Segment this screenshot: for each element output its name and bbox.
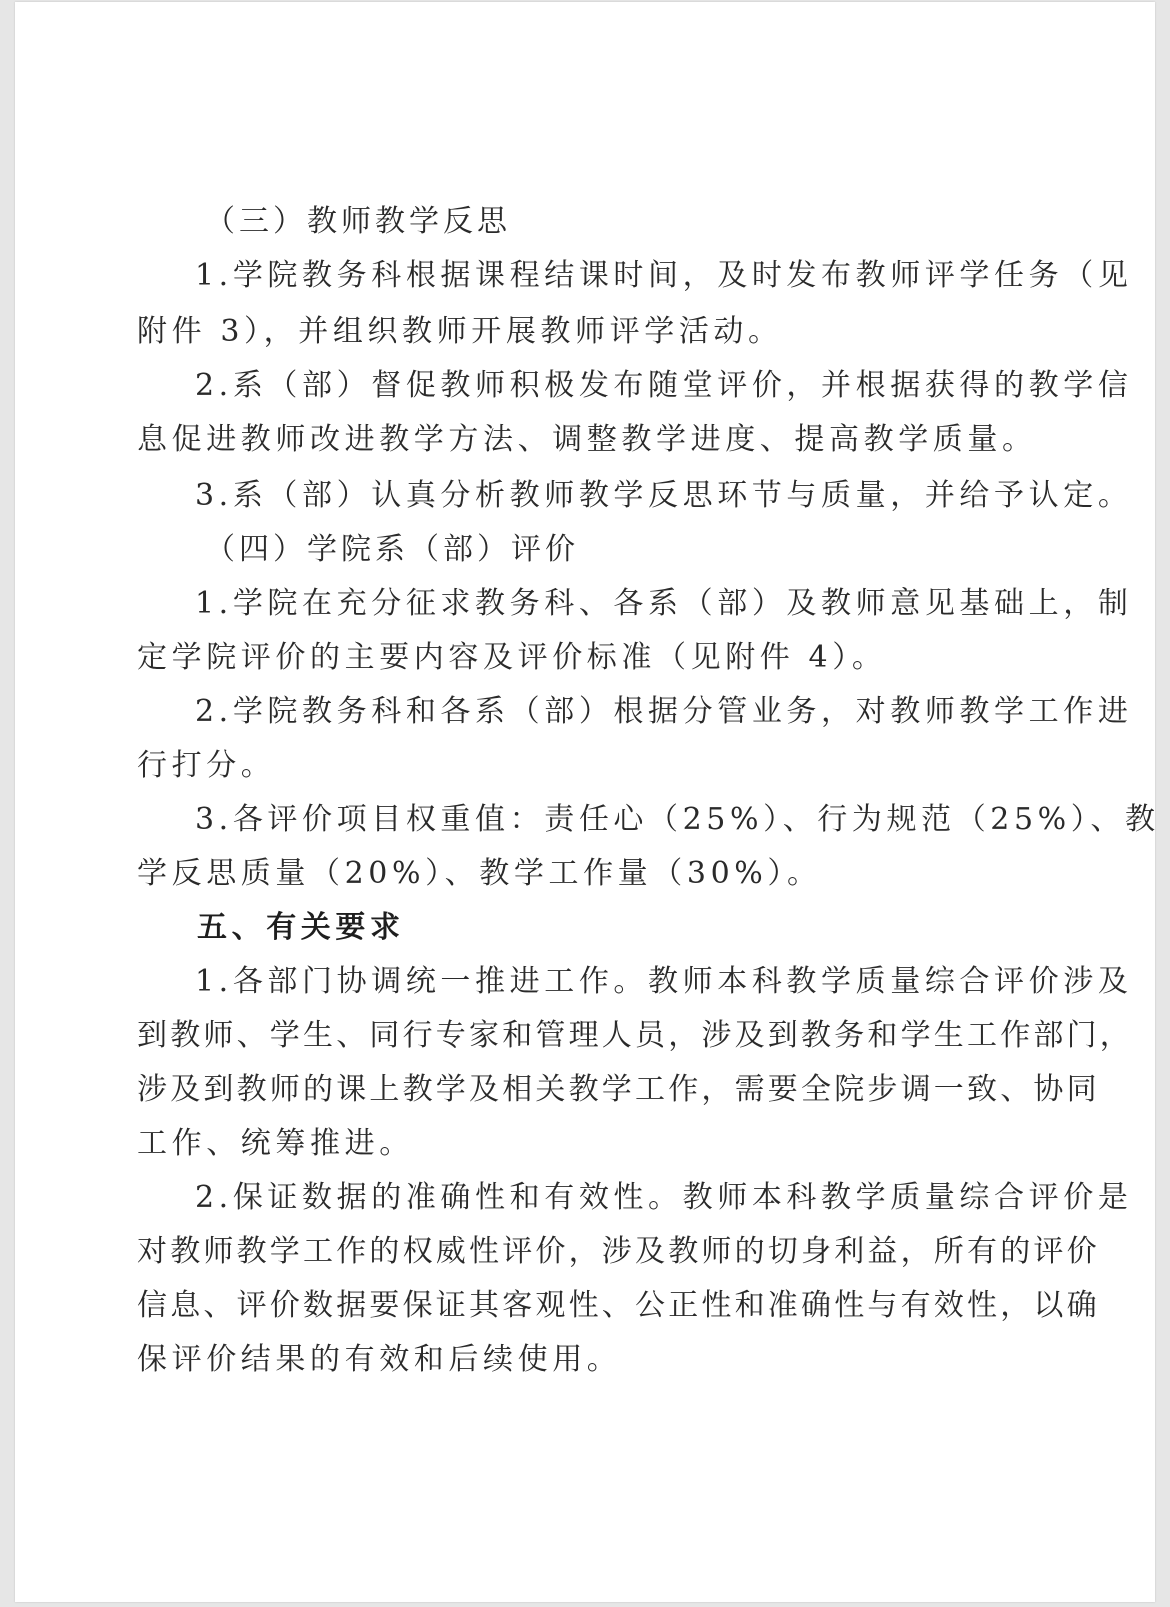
section-heading-college-department-evaluation: （四）学院系（部）评价: [205, 530, 579, 570]
paragraph-line: 涉及到教师的课上教学及相关教学工作，需要全院步调一致、协同: [137, 1070, 1100, 1110]
paragraph-line: 到教师、学生、同行专家和管理人员，涉及到教务和学生工作部门，: [137, 1016, 1133, 1056]
paragraph-line: 定学院评价的主要内容及评价标准（见附件 4）。: [137, 638, 886, 678]
section-heading-teacher-reflection: （三）教师教学反思: [205, 202, 511, 242]
paragraph-line: 学反思质量（20%）、教学工作量（30%）。: [137, 854, 822, 894]
paragraph-line: 2.保证数据的准确性和有效性。教师本科教学质量综合评价是: [195, 1178, 1132, 1218]
paragraph-line: 信息、评价数据要保证其客观性、公正性和准确性与有效性，以确: [137, 1286, 1100, 1326]
paragraph-line: 2.系（部）督促教师积极发布随堂评价，并根据获得的教学信: [195, 366, 1132, 406]
paragraph-line: 1.学院在充分征求教务科、各系（部）及教师意见基础上，制: [195, 584, 1132, 624]
paragraph-line: 附件 3），并组织教师开展教师评学活动。: [137, 312, 783, 352]
paragraph-line: 3.系（部）认真分析教师教学反思环节与质量，并给予认定。: [195, 476, 1132, 516]
paragraph-line: 工作、统筹推进。: [137, 1124, 414, 1164]
paragraph-line: 对教师教学工作的权威性评价，涉及教师的切身利益，所有的评价: [137, 1232, 1100, 1272]
paragraph-line: 3.各评价项目权重值：责任心（25%）、行为规范（25%）、教: [195, 800, 1160, 840]
paragraph-line: 2.学院教务科和各系（部）根据分管业务，对教师教学工作进: [195, 692, 1132, 732]
paragraph-line: 息促进教师改进教学方法、调整教学进度、提高教学质量。: [137, 420, 1037, 460]
document-page: （三）教师教学反思 1.学院教务科根据课程结课时间，及时发布教师评学任务（见 附…: [15, 2, 1155, 1602]
paragraph-line: 1.学院教务科根据课程结课时间，及时发布教师评学任务（见: [195, 256, 1132, 296]
paragraph-line: 行打分。: [137, 746, 275, 786]
paragraph-line: 保评价结果的有效和后续使用。: [137, 1340, 621, 1380]
paragraph-line: 1.各部门协调统一推进工作。教师本科教学质量综合评价涉及: [195, 962, 1132, 1002]
section-heading-requirements: 五、有关要求: [197, 908, 405, 948]
